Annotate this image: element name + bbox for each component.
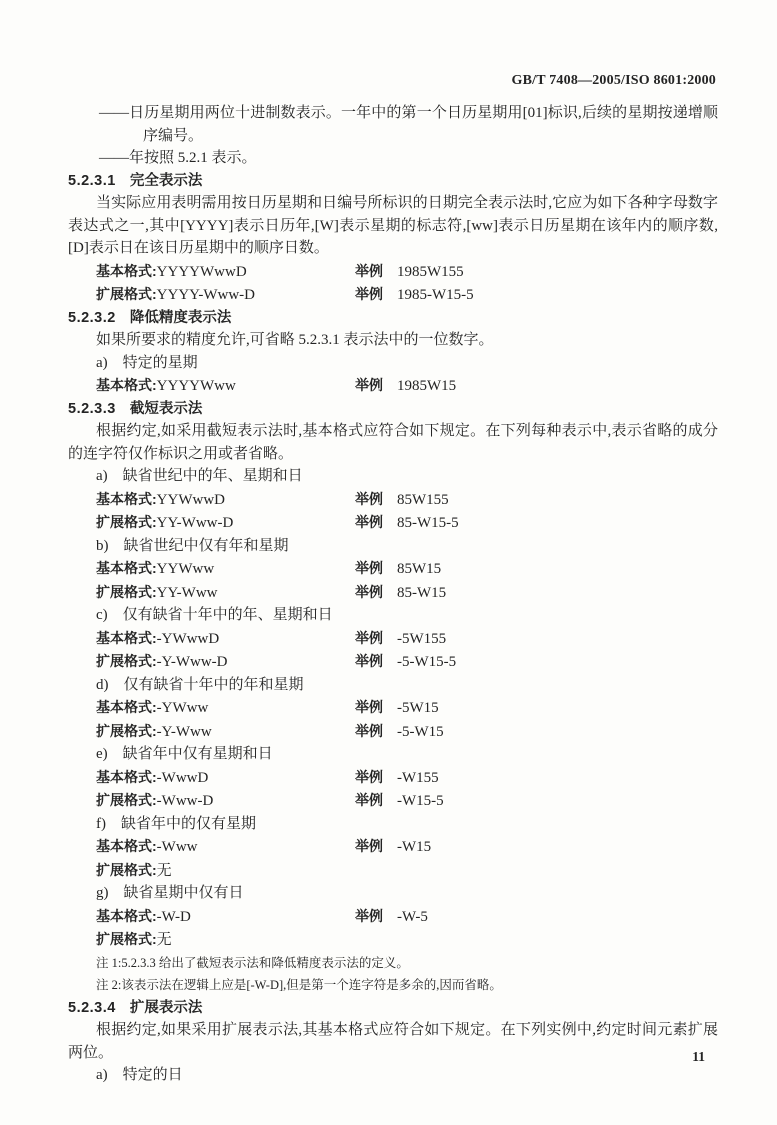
list-item: b) 缺省世纪中仅有年和星期 xyxy=(68,535,718,558)
example-label: 举例 xyxy=(355,838,383,854)
section-heading: 5.2.3.4扩展表示法 xyxy=(68,997,718,1020)
example: 举例-5W15 xyxy=(355,696,439,720)
example-label: 举例 xyxy=(355,630,383,646)
format-value: YY-Www-D xyxy=(157,515,234,531)
example-value: -W155 xyxy=(397,770,439,786)
format-row: 基本格式:-YWww 举例-5W15 xyxy=(68,696,718,720)
format-row: 基本格式:YYYYWwwD 举例1985W155 xyxy=(68,260,718,284)
example-value: -W15-5 xyxy=(397,793,444,809)
example-value: 1985W155 xyxy=(397,264,464,280)
format-label: 基本格式: xyxy=(96,263,157,279)
format-row: 扩展格式:YY-Www-D 举例85-W15-5 xyxy=(68,511,718,535)
format-row: 扩展格式:-Y-Www 举例-5-W15 xyxy=(68,720,718,744)
paragraph: 根据约定,如果采用扩展表示法,其基本格式应符合如下规定。在下列实例中,约定时间元… xyxy=(68,1019,718,1064)
bullet-item: ——日历星期用两位十进制数表示。一年中的第一个日历星期用[01]标识,后续的星期… xyxy=(68,102,718,147)
example-label: 举例 xyxy=(355,491,383,507)
format-label: 基本格式: xyxy=(96,560,157,576)
section-title: 完全表示法 xyxy=(130,173,203,189)
example: 举例85-W15-5 xyxy=(355,511,459,535)
format-value: YYYY-Www-D xyxy=(157,287,255,303)
example-value: 1985-W15-5 xyxy=(397,287,474,303)
example-label: 举例 xyxy=(355,723,383,739)
example: 举例1985W155 xyxy=(355,260,464,284)
format-value: YYYYWww xyxy=(157,378,236,394)
format-row: 基本格式:-W-D 举例-W-5 xyxy=(68,905,718,929)
example: 举例1985-W15-5 xyxy=(355,283,474,307)
example-value: -W-5 xyxy=(397,909,428,925)
format-value: -W-D xyxy=(157,909,191,925)
format-value: -WwwD xyxy=(157,770,209,786)
example-label: 举例 xyxy=(355,699,383,715)
format-label: 基本格式: xyxy=(96,377,157,393)
example: 举例85W155 xyxy=(355,488,449,512)
example-value: -W15 xyxy=(397,839,431,855)
section-number: 5.2.3.1 xyxy=(68,173,116,189)
example: 举例-5-W15 xyxy=(355,720,444,744)
example-label: 举例 xyxy=(355,584,383,600)
format-row: 扩展格式:无 xyxy=(68,859,718,883)
document-page: GB/T 7408—2005/ISO 8601:2000 ——日历星期用两位十进… xyxy=(0,0,777,1125)
format-row: 基本格式:YYYYWww 举例1985W15 xyxy=(68,374,718,398)
format-value: YY-Www xyxy=(157,585,218,601)
example-label: 举例 xyxy=(355,286,383,302)
section-title: 截短表示法 xyxy=(130,401,203,417)
example-value: -5W155 xyxy=(397,631,446,647)
format-row: 扩展格式:-Www-D 举例-W15-5 xyxy=(68,789,718,813)
example-value: 85W15 xyxy=(397,561,441,577)
example-value: -5-W15 xyxy=(397,724,444,740)
section-title: 扩展表示法 xyxy=(130,1000,203,1016)
format-value: -Y-Www xyxy=(157,724,212,740)
example-value: -5-W15-5 xyxy=(397,654,456,670)
example: 举例-W15 xyxy=(355,835,431,859)
format-value: -Www xyxy=(157,839,198,855)
example: 举例-W15-5 xyxy=(355,789,444,813)
example: 举例85W15 xyxy=(355,557,441,581)
list-item: a) 特定的日 xyxy=(68,1064,718,1087)
list-item: c) 仅有缺省十年中的年、星期和日 xyxy=(68,604,718,627)
format-label: 基本格式: xyxy=(96,630,157,646)
example-value: 85-W15 xyxy=(397,585,446,601)
format-value: YYWww xyxy=(157,561,215,577)
example-label: 举例 xyxy=(355,514,383,530)
section-heading: 5.2.3.2降低精度表示法 xyxy=(68,307,718,330)
format-label: 扩展格式: xyxy=(96,286,157,302)
paragraph: 当实际应用表明需用按日历星期和日编号所标识的日期完全表示法时,它应为如下各种字母… xyxy=(68,192,718,260)
paragraph: 根据约定,如采用截短表示法时,基本格式应符合如下规定。在下列每种表示中,表示省略… xyxy=(68,420,718,465)
example: 举例-5W155 xyxy=(355,627,446,651)
format-label: 扩展格式: xyxy=(96,584,157,600)
format-label: 基本格式: xyxy=(96,838,157,854)
list-item: a) 特定的星期 xyxy=(68,352,718,375)
example: 举例-5-W15-5 xyxy=(355,650,456,674)
example-value: 85-W15-5 xyxy=(397,515,459,531)
list-item: e) 缺省年中仅有星期和日 xyxy=(68,743,718,766)
format-row: 基本格式:-Www 举例-W15 xyxy=(68,835,718,859)
format-value: 无 xyxy=(157,863,172,879)
format-value: -Www-D xyxy=(157,793,214,809)
example-label: 举例 xyxy=(355,560,383,576)
format-label: 扩展格式: xyxy=(96,514,157,530)
format-row: 基本格式:YYWwwD 举例85W155 xyxy=(68,488,718,512)
format-label: 基本格式: xyxy=(96,769,157,785)
section-heading: 5.2.3.1完全表示法 xyxy=(68,170,718,193)
format-label: 扩展格式: xyxy=(96,653,157,669)
format-label: 扩展格式: xyxy=(96,723,157,739)
example-value: -5W15 xyxy=(397,700,439,716)
page-content: ——日历星期用两位十进制数表示。一年中的第一个日历星期用[01]标识,后续的星期… xyxy=(68,102,718,1087)
example: 举例-W155 xyxy=(355,766,439,790)
section-title: 降低精度表示法 xyxy=(130,310,232,326)
list-item: g) 缺省星期中仅有日 xyxy=(68,882,718,905)
bullet-item: ——年按照 5.2.1 表示。 xyxy=(68,147,718,170)
example: 举例85-W15 xyxy=(355,581,446,605)
note: 注 1:5.2.3.3 给出了截短表示法和降低精度表示法的定义。 xyxy=(68,952,718,975)
example-label: 举例 xyxy=(355,653,383,669)
example-label: 举例 xyxy=(355,263,383,279)
format-row: 扩展格式:YY-Www 举例85-W15 xyxy=(68,581,718,605)
example-label: 举例 xyxy=(355,908,383,924)
format-value: -Y-Www-D xyxy=(157,654,228,670)
example-value: 1985W15 xyxy=(397,378,456,394)
format-label: 扩展格式: xyxy=(96,931,157,947)
format-value: YYYYWwwD xyxy=(157,264,247,280)
format-row: 基本格式:-YWwwD 举例-5W155 xyxy=(68,627,718,651)
example-label: 举例 xyxy=(355,792,383,808)
section-number: 5.2.3.4 xyxy=(68,1000,116,1016)
list-item: f) 缺省年中的仅有星期 xyxy=(68,813,718,836)
format-label: 扩展格式: xyxy=(96,862,157,878)
format-value: -YWww xyxy=(157,700,209,716)
example: 举例-W-5 xyxy=(355,905,428,929)
format-row: 基本格式:YYWww 举例85W15 xyxy=(68,557,718,581)
format-row: 基本格式:-WwwD 举例-W155 xyxy=(68,766,718,790)
list-item: d) 仅有缺省十年中的年和星期 xyxy=(68,674,718,697)
section-number: 5.2.3.3 xyxy=(68,401,116,417)
section-heading: 5.2.3.3截短表示法 xyxy=(68,398,718,421)
example-label: 举例 xyxy=(355,769,383,785)
format-label: 基本格式: xyxy=(96,908,157,924)
format-row: 扩展格式:YYYY-Www-D 举例1985-W15-5 xyxy=(68,283,718,307)
page-number: 11 xyxy=(692,1049,705,1065)
format-value: YYWwwD xyxy=(157,492,225,508)
format-value: 无 xyxy=(157,932,172,948)
format-label: 扩展格式: xyxy=(96,792,157,808)
example-value: 85W155 xyxy=(397,492,449,508)
format-label: 基本格式: xyxy=(96,699,157,715)
list-item: a) 缺省世纪中的年、星期和日 xyxy=(68,465,718,488)
note: 注 2:该表示法在逻辑上应是[-W-D],但是第一个连字符是多余的,因而省略。 xyxy=(68,974,718,997)
format-row: 扩展格式:-Y-Www-D 举例-5-W15-5 xyxy=(68,650,718,674)
section-number: 5.2.3.2 xyxy=(68,310,116,326)
example: 举例1985W15 xyxy=(355,374,456,398)
format-row: 扩展格式:无 xyxy=(68,928,718,952)
paragraph: 如果所要求的精度允许,可省略 5.2.3.1 表示法中的一位数字。 xyxy=(68,329,718,352)
example-label: 举例 xyxy=(355,377,383,393)
doc-code: GB/T 7408—2005/ISO 8601:2000 xyxy=(512,73,716,89)
format-value: -YWwwD xyxy=(157,631,219,647)
format-label: 基本格式: xyxy=(96,491,157,507)
